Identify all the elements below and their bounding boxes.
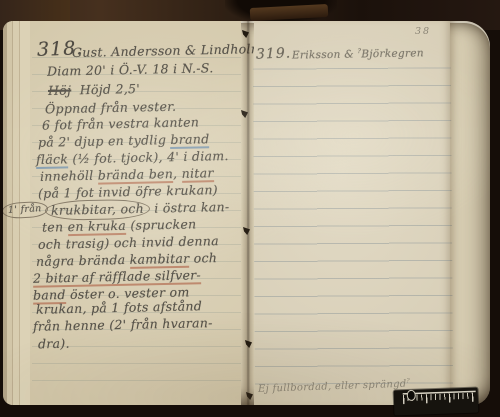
margin-note: 1' från: [3, 204, 48, 216]
handwritten-text: Höjd 2,5': [71, 81, 140, 97]
handwritten-text: Gust. Andersson & Lindholm: [72, 41, 263, 60]
handwritten-text: en kruka: [67, 218, 126, 236]
left-page-writing: Gust. Andersson & LindholmDiam 20' i Ö.-…: [30, 21, 241, 405]
handwritten-text: kambitar: [130, 251, 190, 269]
handwritten-text: Eriksson &: [292, 48, 358, 61]
handwritten-line: 2 bitar af räfflade silfver-: [33, 269, 201, 285]
handwritten-text: nitar: [181, 165, 213, 183]
handwritten-text: Ej fullbordad, eller sprängd: [258, 379, 407, 395]
open-notebook: 318. Gust. Andersson & LindholmDiam 20' …: [3, 21, 490, 405]
right-page-fore-edges: [450, 21, 490, 405]
handwritten-text: i östra kan-: [150, 199, 230, 216]
footer-note: Ej fullbordad, eller sprängd?: [258, 378, 410, 394]
handwritten-text: brand: [170, 131, 209, 149]
handwritten-line: innehöll brända ben, nitar: [40, 167, 214, 183]
handwritten-line: några brända kambitar och: [36, 252, 217, 268]
handwritten-text: Diam 20' i Ö.-V. 18 i N.-S.: [47, 60, 214, 78]
handwritten-line: krukbitar, och i östra kan-: [45, 201, 230, 217]
handwritten-text: på 2' djup en tydlig: [38, 132, 171, 150]
handwritten-text: Höj: [48, 82, 72, 97]
handwritten-line: krukan, på 1 fots afstånd: [36, 300, 202, 316]
handwritten-text: innehöll: [40, 168, 98, 184]
handwritten-text: (sprucken: [126, 216, 197, 232]
handwritten-text: brända ben: [98, 166, 174, 185]
handwritten-text: fläck: [36, 151, 69, 169]
handwritten-line: (på 1 fot invid öfre krukan): [38, 184, 218, 200]
handwritten-text: 6 fot från vestra kanten: [42, 114, 199, 132]
handwritten-line: fläck (½ fot. tjock), 4' i diam.: [36, 150, 229, 167]
handwritten-line: från henne (2' från hvaran-: [33, 317, 213, 333]
entry-heading-318: Gust. Andersson & Lindholm: [72, 43, 263, 59]
handwritten-line: Öppnad från vester.: [45, 101, 177, 116]
entry-heading-319: Eriksson & ?Björkegren: [292, 48, 424, 61]
handwritten-text: Björkegren: [361, 47, 424, 60]
left-page: 318. Gust. Andersson & LindholmDiam 20' …: [30, 21, 241, 405]
handwritten-line: ten en kruka (sprucken: [42, 218, 197, 234]
right-page: 38 319. Eriksson & ?BjörkegrenEj fullbor…: [254, 21, 450, 405]
handwritten-text: Öppnad från vester.: [45, 99, 177, 117]
handwritten-text: och trasig) och invid denna: [38, 233, 219, 252]
handwritten-text: (½ fot. tjock), 4' i diam.: [68, 148, 229, 166]
handwritten-line: 6 fot från vestra kanten: [42, 116, 199, 132]
measuring-ruler: [394, 388, 479, 416]
handwritten-text: ?: [406, 377, 410, 384]
handwritten-text: ten: [42, 219, 68, 235]
handwritten-line: Diam 20' i Ö.-V. 18 i N.-S.: [47, 62, 214, 78]
handwritten-line: Höj Höjd 2,5': [48, 83, 140, 97]
handwritten-text: från henne (2' från hvaran-: [33, 315, 213, 334]
notebook-photo: 318. Gust. Andersson & LindholmDiam 20' …: [0, 0, 500, 417]
handwritten-text: och: [189, 250, 217, 266]
handwritten-text: krukan, på 1 fots afstånd: [36, 298, 202, 316]
handwritten-line: på 2' djup en tydlig brand: [38, 133, 210, 149]
handwritten-text: (på 1 fot invid öfre krukan): [38, 182, 218, 201]
handwritten-line: och trasig) och invid denna: [38, 235, 219, 251]
handwritten-text: några brända: [36, 252, 130, 269]
handwritten-text: dra).: [38, 336, 70, 352]
handwritten-line: dra).: [38, 338, 70, 351]
right-page-writing: Eriksson & ?BjörkegrenEj fullbordad, ell…: [254, 21, 450, 405]
handwritten-text: ,: [173, 166, 182, 181]
handwritten-text: 1' från: [3, 201, 48, 219]
